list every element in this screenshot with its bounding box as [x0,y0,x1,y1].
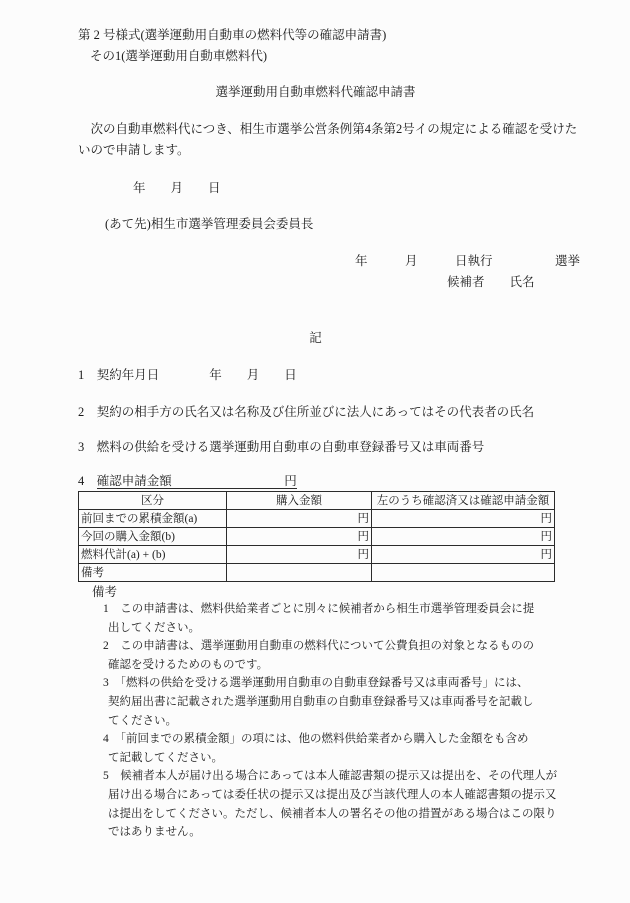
row-cumulative-confirmed-yen: 円 [372,510,555,528]
candidate-name-line: 候補者 氏名 [447,272,553,293]
item4-number: 4 [78,474,97,488]
item-vehicle-registration: 3 燃料の供給を受ける選挙運動用自動車の自動車登録番号又は車両番号 [78,437,553,458]
row-current-purchase-yen: 円 [227,528,372,546]
table-row: 前回までの累積金額(a) 円 円 [79,510,555,528]
row-remarks-cell-2 [227,564,372,582]
note-item-4: 4 「前回までの累積金額」の項には、他の燃料供給業者から購入した金額をも含め て… [78,730,553,767]
application-amount-underlined-field: 確認申請金額 円 [97,474,297,489]
election-execution-line: 年 月 日執行 選挙 [355,251,553,272]
row-remarks-cell-3 [372,564,555,582]
record-heading: 記 [78,328,553,349]
table-row: 燃料代計(a) + (b) 円 円 [79,546,555,564]
table-row: 今回の購入金額(b) 円 円 [79,528,555,546]
row-current-confirmed-yen: 円 [372,528,555,546]
form-subtitle-line: その1(選挙運動用自動車燃料代) [90,46,553,67]
amount-table: 区分 購入金額 左のうち確認済又は確認申請金額 前回までの累積金額(a) 円 円… [78,491,555,582]
table-header-row: 区分 購入金額 左のうち確認済又は確認申請金額 [79,492,555,510]
header-confirmed-amount: 左のうち確認済又は確認申請金額 [372,492,555,510]
notes-heading: 備考 [92,585,553,600]
row-total-label: 燃料代計(a) + (b) [79,546,227,564]
note-item-2: 2 この申請書は、選挙運動用自動車の燃料代について公費負担の対象となるものの 確… [78,637,553,674]
document-title: 選挙運動用自動車燃料代確認申請書 [78,82,553,103]
row-cumulative-purchase-yen: 円 [227,510,372,528]
note-item-5: 5 候補者本人が届け出る場合にあっては本人確認書類の提示又は提出を、その代理人が… [78,767,553,841]
header-purchase-amount: 購入金額 [227,492,372,510]
row-current-label: 今回の購入金額(b) [79,528,227,546]
note-item-1: 1 この申請書は、燃料供給業者ごとに別々に候補者から相生市選挙管理委員会に提 出… [78,600,553,637]
row-cumulative-label: 前回までの累積金額(a) [79,510,227,528]
table-row: 備考 [79,564,555,582]
item-contract-party: 2 契約の相手方の氏名又は名称及び住所並びに法人にあってはその代表者の氏名 [78,402,553,423]
notes-list: 1 この申請書は、燃料供給業者ごとに別々に候補者から相生市選挙管理委員会に提 出… [78,600,553,842]
item-application-amount: 4 確認申請金額 円 [78,473,553,489]
application-date-line: 年 月 日 [133,178,553,199]
addressee-line: (あて先)相生市選挙管理委員会委員長 [105,214,553,235]
intro-paragraph: 次の自動車燃料代につき、相生市選挙公営条例第4条第2号イの規定による確認を受けた… [78,119,553,161]
row-total-purchase-yen: 円 [227,546,372,564]
document-page: 第 2 号様式(選挙運動用自動車の燃料代等の確認申請書) その1(選挙運動用自動… [0,0,630,903]
row-remarks-label: 備考 [79,564,227,582]
note-item-3: 3 「燃料の供給を受ける選挙運動用自動車の自動車登録番号又は車両番号」には、 契… [78,674,553,730]
form-number-line: 第 2 号様式(選挙運動用自動車の燃料代等の確認申請書) [78,25,553,46]
item-contract-date: 1 契約年月日 年 月 日 [78,365,553,386]
header-category: 区分 [79,492,227,510]
row-total-confirmed-yen: 円 [372,546,555,564]
